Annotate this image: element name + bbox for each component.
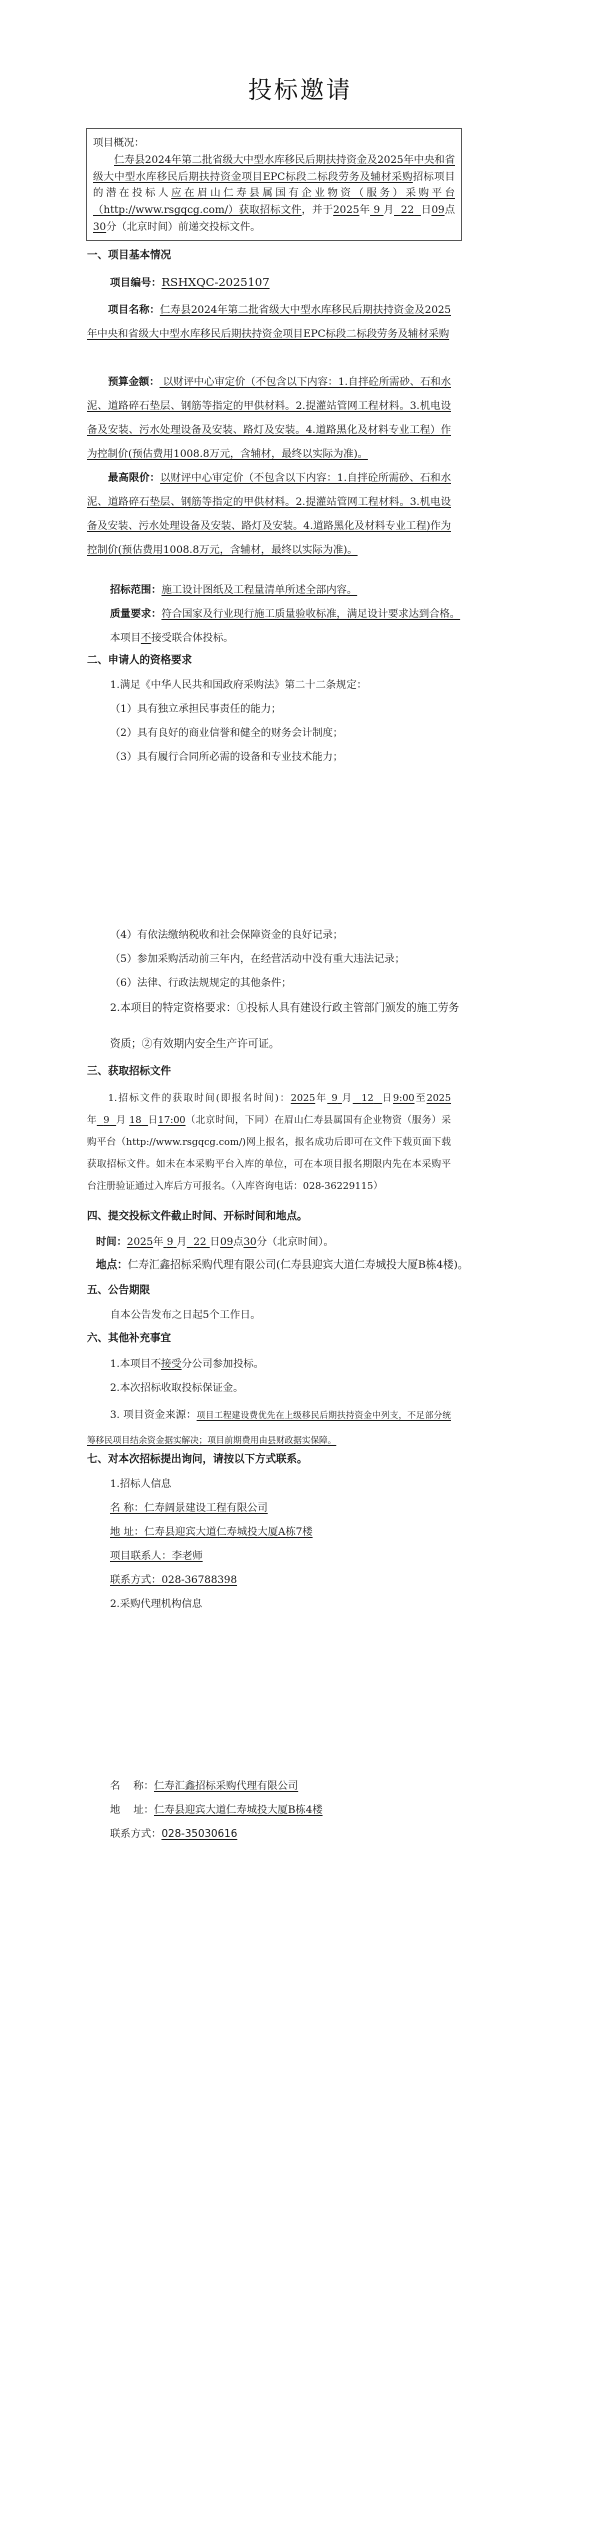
quality-row: 质量要求：符合国家及行业现行施工质量验收标准，满足设计要求达到合格。 bbox=[110, 605, 460, 620]
page-title: 投标邀请 bbox=[0, 70, 600, 105]
qualification-sub-1: （1）具有独立承担民事责任的能力； bbox=[110, 700, 281, 715]
agency-heading: 2.采购代理机构信息 bbox=[110, 1595, 202, 1610]
fund-source-row: 3. 项目资金来源：项目工程建设费优先在上级移民后期扶持资金中列支，不足部分统筹… bbox=[87, 1403, 451, 1453]
project-name-row: 项目名称：仁寿县2024年第二批省级大中型水库移民后期扶持资金及2025年中央和… bbox=[87, 298, 451, 346]
tenderer-heading: 1.招标人信息 bbox=[110, 1475, 171, 1490]
bid-bond-note: 2.本次招标收取投标保证金。 bbox=[110, 1379, 243, 1394]
agency-name: 仁寿汇鑫招标采购代理有限公司 bbox=[154, 1780, 298, 1792]
qualification-sub-4: （4）有依法缴纳税收和社会保障资金的良好记录； bbox=[110, 926, 343, 941]
tender-scope: 施工设计图纸及工程量清单所述全部内容。 bbox=[161, 584, 357, 596]
budget-amount: 以财评中心审定价（不包含以下内容：1.自拌砼所需砂、石和水泥、道路碎石垫层、钢筋… bbox=[87, 376, 451, 460]
max-price: 以财评中心审定价（不包含以下内容：1.自拌砼所需砂、石和水泥、道路碎石垫层、钢筋… bbox=[87, 472, 451, 556]
agency-phone: 028-35030616 bbox=[161, 1828, 237, 1840]
consortium-note: 本项目不接受联合体投标。 bbox=[110, 629, 234, 644]
section-5-heading: 五、公告期限 bbox=[87, 1282, 150, 1297]
section-3-heading: 三、获取招标文件 bbox=[87, 1063, 171, 1078]
overview-project-name: 仁寿县2024年第二批省级大中型水库移民后期扶持资金及2025年中央和省级大中型… bbox=[93, 154, 455, 183]
section-6-heading: 六、其他补充事宜 bbox=[87, 1330, 171, 1345]
specific-qualification-line-2: 资质；②有效期内安全生产许可证。 bbox=[110, 1036, 280, 1051]
quality-requirement: 符合国家及行业现行施工质量验收标准，满足设计要求达到合格。 bbox=[161, 608, 460, 620]
scope-row: 招标范围：施工设计图纸及工程量清单所述全部内容。 bbox=[110, 581, 357, 596]
agency-name-row: 名 称：仁寿汇鑫招标采购代理有限公司 bbox=[110, 1777, 298, 1792]
opening-place-row: 地点：仁寿汇鑫招标采购代理有限公司(仁寿县迎宾大道仁寿城投大厦B栋4楼)。 bbox=[96, 1257, 468, 1272]
agency-phone-row: 联系方式：028-35030616 bbox=[110, 1825, 237, 1840]
qualification-sub-6: （6）法律、行政法规规定的其他条件； bbox=[110, 974, 292, 989]
overview-heading: 项目概况： bbox=[93, 135, 455, 152]
qualification-sub-5: （5）参加采购活动前三年内，在经营活动中没有重大违法记录； bbox=[110, 950, 405, 965]
max-price-row: 最高限价：以财评中心审定价（不包含以下内容：1.自拌砼所需砂、石和水泥、道路碎石… bbox=[87, 466, 451, 562]
tenderer-phone: 联系方式：028-36788398 bbox=[110, 1571, 237, 1586]
agency-address: 仁寿县迎宾大道仁寿城投大厦B栋4楼 bbox=[154, 1804, 323, 1816]
project-overview-box: 项目概况： 仁寿县2024年第二批省级大中型水库移民后期扶持资金及2025年中央… bbox=[86, 128, 462, 241]
specific-qualification-line-1: 2.本项目的特定资格要求：①投标人具有建设行政主管部门颁发的施工劳务 bbox=[110, 1000, 459, 1015]
section-1-heading: 一、项目基本情况 bbox=[87, 247, 171, 262]
document-acquisition-text: 1.招标文件的获取时间(即报名时间)：2025年 9 月 12 日9:00至20… bbox=[87, 1088, 451, 1198]
project-code: RSHXQC-2025107 bbox=[161, 275, 269, 289]
opening-time-row: 时间：2025年 9 月 22 日09点30分（北京时间）。 bbox=[96, 1233, 334, 1248]
section-7-heading: 七、对本次招标提出询问，请按以下方式联系。 bbox=[87, 1451, 308, 1466]
tenderer-address: 地 址：仁寿县迎宾大道仁寿城投大厦A栋7楼 bbox=[110, 1523, 313, 1538]
project-code-row: 项目编号：RSHXQC-2025107 bbox=[110, 274, 270, 289]
notice-period-text: 自本公告发布之日起5个工作日。 bbox=[110, 1306, 261, 1321]
overview-body: 仁寿县2024年第二批省级大中型水库移民后期扶持资金及2025年中央和省级大中型… bbox=[93, 152, 455, 236]
section-2-heading: 二、申请人的资格要求 bbox=[87, 652, 192, 667]
qualification-sub-2: （2）具有良好的商业信誉和健全的财务会计制度； bbox=[110, 724, 343, 739]
tenderer-name: 名 称：仁寿阔景建设工程有限公司 bbox=[110, 1499, 268, 1514]
tenderer-contact: 项目联系人：李老师 bbox=[110, 1547, 203, 1562]
section-4-heading: 四、提交投标文件截止时间、开标时间和地点。 bbox=[87, 1208, 308, 1223]
agency-address-row: 地 址：仁寿县迎宾大道仁寿城投大厦B栋4楼 bbox=[110, 1801, 323, 1816]
qualification-sub-3: （3）具有履行合同所必需的设备和专业技术能力； bbox=[110, 748, 343, 763]
budget-row: 预算金额： 以财评中心审定价（不包含以下内容：1.自拌砼所需砂、石和水泥、道路碎… bbox=[87, 370, 451, 466]
qualification-item-1: 1.满足《中华人民共和国政府采购法》第二十二条规定： bbox=[110, 676, 367, 691]
branch-note: 1.本项目不接受分公司参加投标。 bbox=[110, 1355, 264, 1370]
